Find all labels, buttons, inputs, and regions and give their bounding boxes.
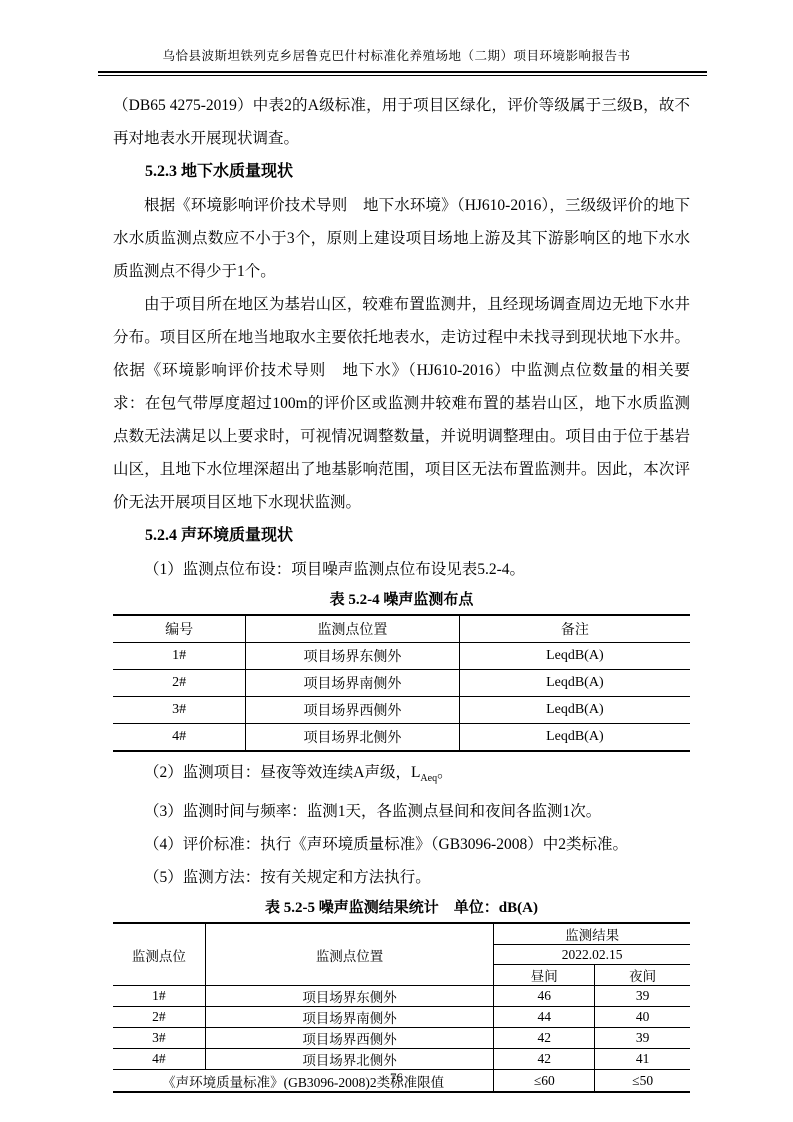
table-caption-5-2-5: 表 5.2-5 噪声监测结果统计 单位：dB(A) (113, 895, 690, 922)
table-row: 1# 项目场界东侧外 LeqdB(A) (113, 643, 690, 670)
table-cell: 42 (494, 1028, 595, 1049)
table-header-cell: 监测点位 (113, 923, 205, 986)
table-cell: LeqdB(A) (459, 670, 690, 697)
table-cell: 39 (595, 986, 690, 1007)
table-cell: 项目场界东侧外 (246, 643, 459, 670)
table-cell: 1# (113, 986, 205, 1007)
table-row: 3# 项目场界西侧外 LeqdB(A) (113, 697, 690, 724)
table-header-row: 编号 监测点位置 备注 (113, 615, 690, 643)
list-item-2-text: （2）监测项目：昼夜等效连续A声级，L (144, 764, 420, 781)
section-heading-5-2-4: 5.2.4 声环境质量现状 (113, 519, 690, 553)
list-item-2: （2）监测项目：昼夜等效连续A声级，LAeq。 (113, 756, 690, 795)
paragraph-groundwater-2: 由于项目所在地区为基岩山区，较难布置监测井，且经现场调查周边无地下水井分布。项目… (113, 288, 690, 519)
list-item-1: （1）监测点位布设：项目噪声监测点位布设见表5.2-4。 (113, 553, 690, 586)
table-cell: 4# (113, 1049, 205, 1070)
table-cell: 项目场界南侧外 (246, 670, 459, 697)
table-cell: 39 (595, 1028, 690, 1049)
table-cell: 2# (113, 1007, 205, 1028)
table-cell: 46 (494, 986, 595, 1007)
table-cell: 44 (494, 1007, 595, 1028)
paragraph-groundwater-1: 根据《环境影响评价技术导则 地下水环境》（HJ610-2016），三级级评价的地… (113, 189, 690, 288)
table-caption-5-2-4: 表 5.2-4 噪声监测布点 (113, 587, 690, 614)
table-row: 4# 项目场界北侧外 LeqdB(A) (113, 724, 690, 752)
table-cell: 项目场界北侧外 (205, 1049, 494, 1070)
table-cell: 42 (494, 1049, 595, 1070)
list-item-4: （4）评价标准：执行《声环境质量标准》（GB3096-2008）中2类标准。 (113, 828, 690, 861)
paragraph-continuation: （DB65 4275-2019）中表2的A级标准，用于项目区绿化，评价等级属于三… (113, 89, 690, 155)
laeq-subscript: Aeq (420, 773, 437, 784)
table-cell: 40 (595, 1007, 690, 1028)
table-cell: 3# (113, 1028, 205, 1049)
list-item-2-end: 。 (437, 764, 453, 781)
table-row: 4# 项目场界北侧外 42 41 (113, 1049, 690, 1070)
table-header-cell: 备注 (459, 615, 690, 643)
table-row: 2# 项目场界南侧外 44 40 (113, 1007, 690, 1028)
table-cell: 项目场界北侧外 (246, 724, 459, 752)
table-header-cell: 夜间 (595, 965, 690, 986)
list-item-3: （3）监测时间与频率：监测1天，各监测点昼间和夜间各监测1次。 (113, 795, 690, 828)
table-cell: LeqdB(A) (459, 643, 690, 670)
table-cell: 2# (113, 670, 246, 697)
table-cell: 41 (595, 1049, 690, 1070)
table-header-row: 监测点位 监测点位置 监测结果 (113, 923, 690, 945)
section-heading-5-2-3: 5.2.3 地下水质量现状 (113, 155, 690, 189)
table-cell: 项目场界南侧外 (205, 1007, 494, 1028)
list-item-5: （5）监测方法：按有关规定和方法执行。 (113, 861, 690, 894)
table-header-cell-date: 2022.02.15 (494, 945, 690, 965)
table-row: 2# 项目场界南侧外 LeqdB(A) (113, 670, 690, 697)
header-double-rule (98, 71, 707, 76)
table-cell: 3# (113, 697, 246, 724)
table-row: 1# 项目场界东侧外 46 39 (113, 986, 690, 1007)
table-row: 3# 项目场界西侧外 42 39 (113, 1028, 690, 1049)
page-number: 76 (0, 1070, 793, 1086)
table-cell: 项目场界西侧外 (246, 697, 459, 724)
table-cell: 4# (113, 724, 246, 752)
noise-results-table: 监测点位 监测点位置 监测结果 2022.02.15 昼间 夜间 1# 项目场界… (113, 922, 690, 1093)
table-header-cell: 监测点位置 (246, 615, 459, 643)
table-cell: LeqdB(A) (459, 724, 690, 752)
table-cell: LeqdB(A) (459, 697, 690, 724)
table-cell: 项目场界西侧外 (205, 1028, 494, 1049)
page-content: （DB65 4275-2019）中表2的A级标准，用于项目区绿化，评价等级属于三… (113, 89, 690, 1093)
table-header-cell: 编号 (113, 615, 246, 643)
table-cell: 项目场界东侧外 (205, 986, 494, 1007)
table-header-cell: 监测结果 (494, 923, 690, 945)
noise-monitoring-points-table: 编号 监测点位置 备注 1# 项目场界东侧外 LeqdB(A) 2# 项目场界南… (113, 614, 690, 752)
document-page: 乌恰县波斯坦铁列克乡居鲁克巴什村标准化养殖场地（二期）项目环境影响报告书 （DB… (0, 0, 793, 1122)
table-header-cell: 昼间 (494, 965, 595, 986)
table-header-cell: 监测点位置 (205, 923, 494, 986)
page-header-title: 乌恰县波斯坦铁列克乡居鲁克巴什村标准化养殖场地（二期）项目环境影响报告书 (0, 0, 793, 64)
table-cell: 1# (113, 643, 246, 670)
